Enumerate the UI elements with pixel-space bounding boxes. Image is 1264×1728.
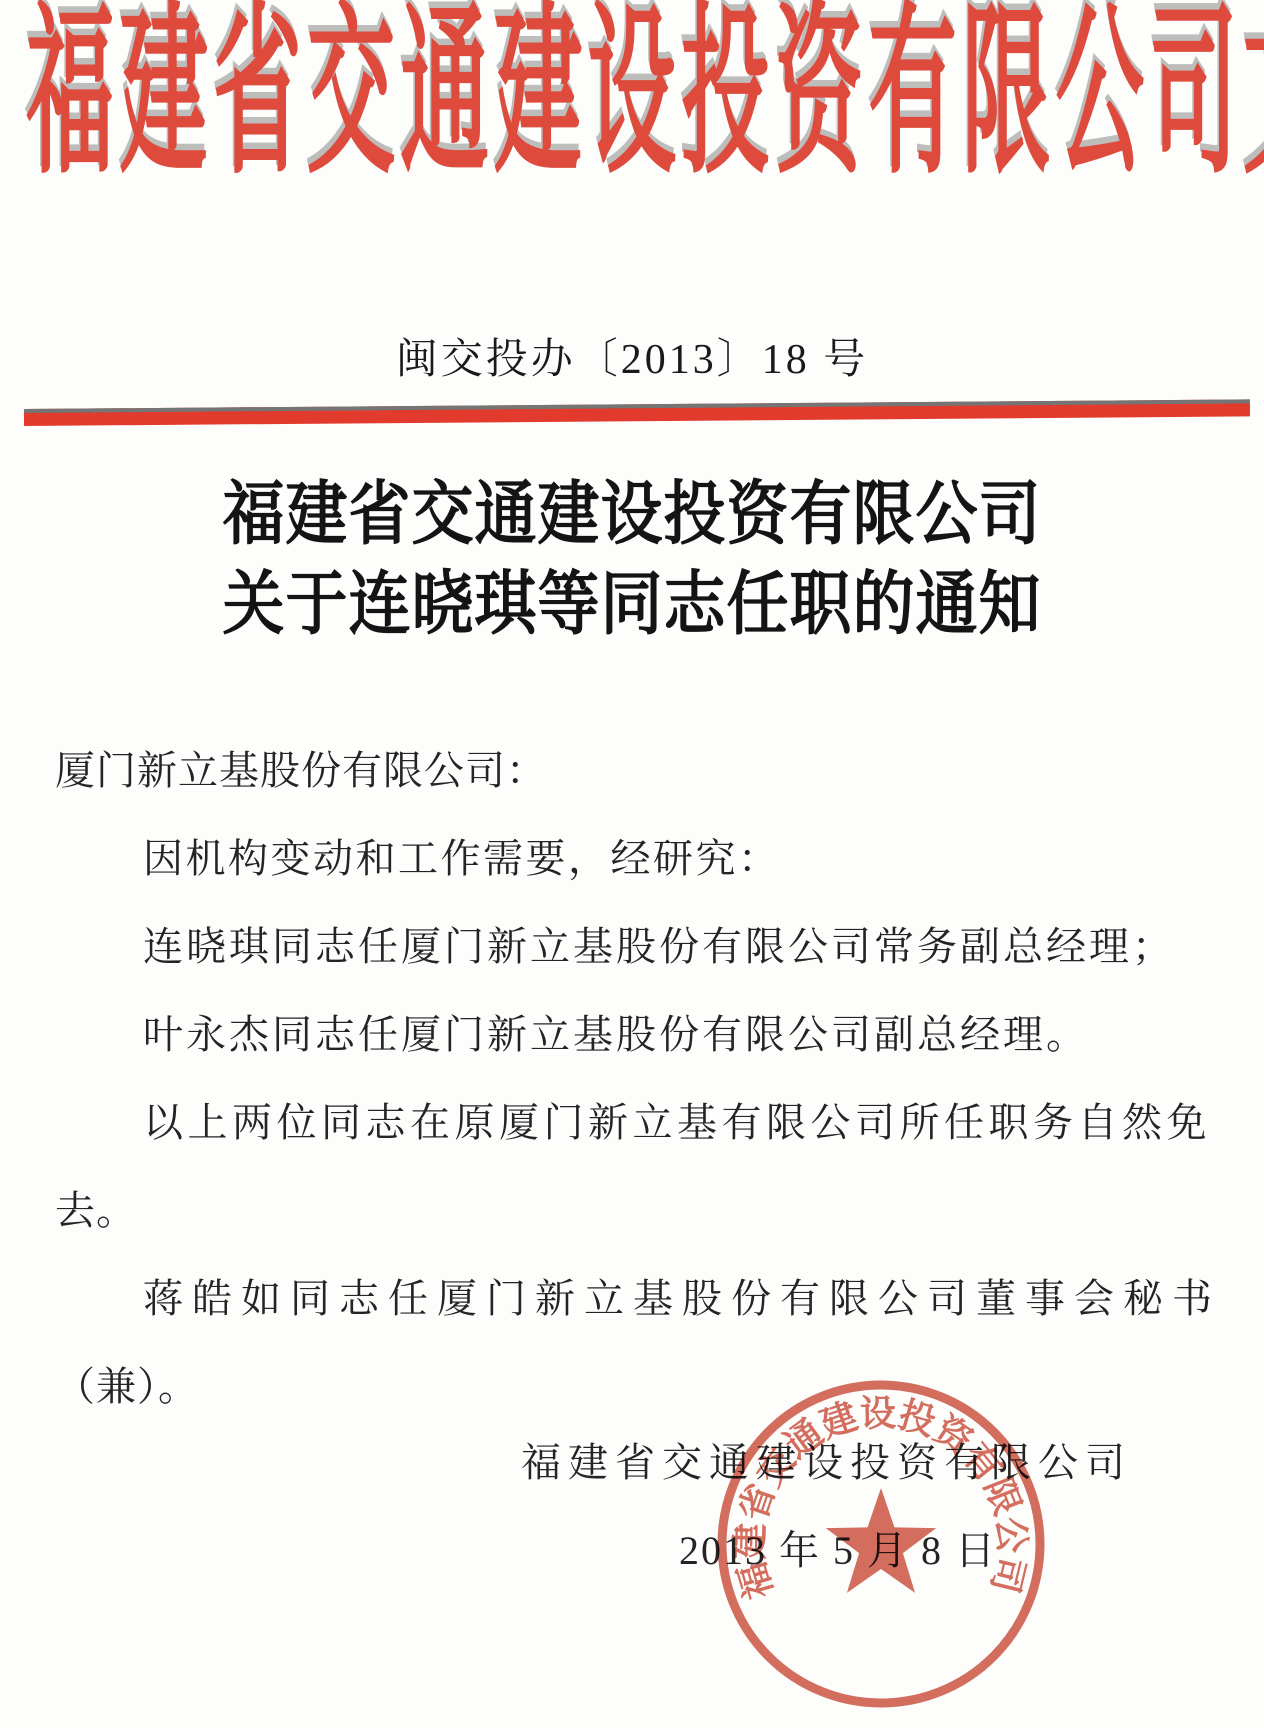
body-line: 蒋皓如同志任厦门新立基股份有限公司董事会秘书	[55, 1255, 1240, 1343]
notice-title: 福建省交通建设投资有限公司 关于连晓琪等同志任职的通知	[0, 470, 1264, 650]
official-seal: 福建省交通建设投资有限公司	[713, 1376, 1049, 1712]
notice-title-line-1: 福建省交通建设投资有限公司	[0, 465, 1264, 566]
notice-body: 厦门新立基股份有限公司： 因机构变动和工作需要，经研究： 连晓琪同志任厦门新立基…	[55, 727, 1240, 1431]
document-page: 福建省交通建设投资有限公司文件 闽交投办〔2013〕18 号 福建省交通建设投资…	[0, 0, 1264, 1728]
body-line: 连晓琪同志任厦门新立基股份有限公司常务副总经理；	[55, 903, 1240, 991]
body-line-salutation: 厦门新立基股份有限公司：	[55, 727, 1240, 815]
letterhead-title: 福建省交通建设投资有限公司文件	[26, 0, 1264, 189]
body-line: 因机构变动和工作需要，经研究：	[55, 815, 1240, 903]
notice-title-line-2: 关于连晓琪等同志任职的通知	[0, 555, 1264, 656]
document-number: 闽交投办〔2013〕18 号	[0, 326, 1264, 386]
body-line: 叶永杰同志任厦门新立基股份有限公司副总经理。	[55, 991, 1240, 1079]
body-line: （兼）。	[55, 1343, 1240, 1431]
seal-star-icon	[826, 1488, 936, 1593]
red-divider-rule	[24, 399, 1250, 426]
body-line: 以上两位同志在原厦门新立基有限公司所任职务自然免	[55, 1079, 1240, 1167]
body-line: 去。	[55, 1167, 1240, 1255]
